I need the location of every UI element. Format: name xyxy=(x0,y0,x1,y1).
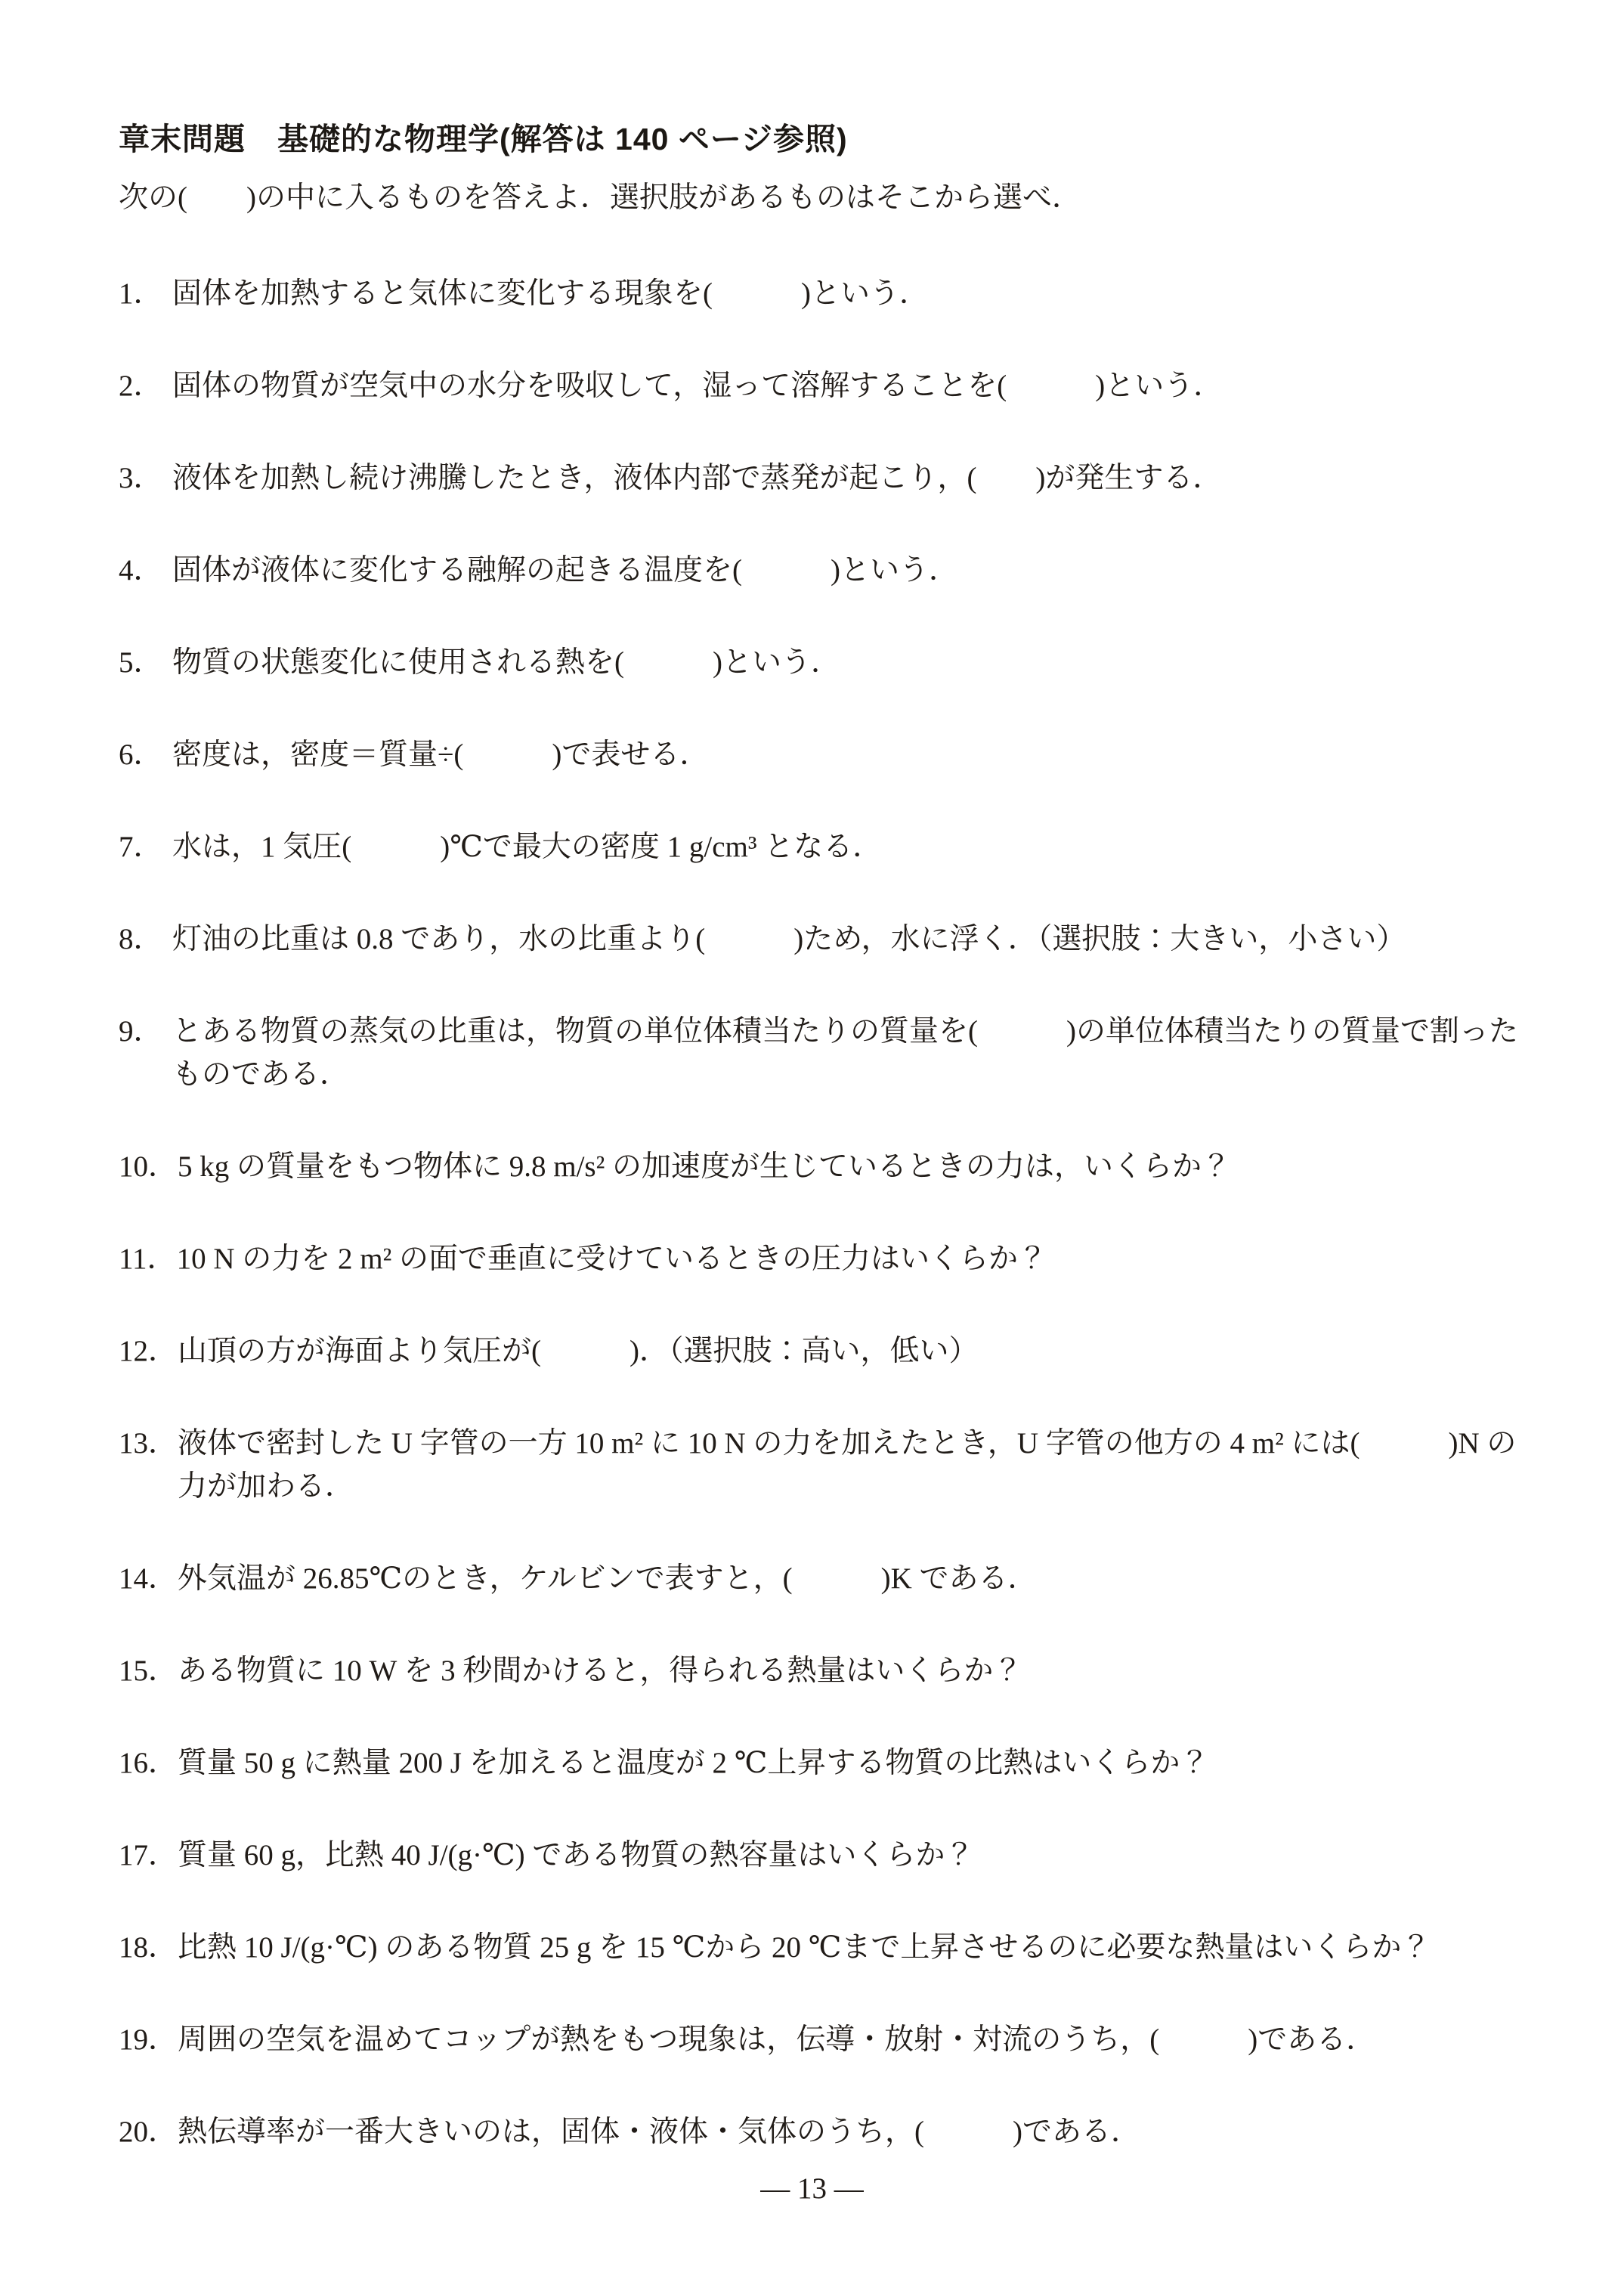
problem-number: 12． xyxy=(119,1330,178,1373)
problem-number: 20． xyxy=(119,2110,178,2153)
problem-item: 15． ある物質に 10 W を 3 秒間かけると，得られる熱量はいくらか？ xyxy=(119,1649,1544,1692)
problem-text: 水は，1 気圧( )℃で最大の密度 1 g/cm³ となる． xyxy=(172,825,1533,868)
problem-number: 11． xyxy=(119,1237,177,1280)
document-page: 章末問題 基礎的な物理学(解答は 140 ページ参照) 次の( )の中に入るもの… xyxy=(0,0,1624,2294)
page-number: ― 13 ― xyxy=(0,2171,1624,2207)
problem-item: 11． 10 N の力を 2 m² の面で垂直に受けているときの圧力はいくらか？ xyxy=(119,1237,1544,1280)
problem-number: 13． xyxy=(119,1422,178,1465)
problem-number: 16． xyxy=(119,1741,178,1785)
problem-number: 7． xyxy=(119,825,172,868)
problem-item: 10． 5 kg の質量をもつ物体に 9.8 m/s² の加速度が生じているとき… xyxy=(119,1145,1544,1188)
problem-number: 14． xyxy=(119,1557,178,1600)
problem-number: 2． xyxy=(119,364,172,407)
problem-number: 18． xyxy=(119,1926,178,1969)
problem-number: 3． xyxy=(119,457,172,500)
problem-text: 質量 60 g，比熱 40 J/(g·℃) である物質の熱容量はいくらか？ xyxy=(178,1834,1538,1877)
problem-text: とある物質の蒸気の比重は，物質の単位体積当たりの質量を( )の単位体積当たりの質… xyxy=(172,1010,1533,1096)
problem-text: 密度は，密度＝質量÷( )で表せる． xyxy=(172,733,1533,776)
problem-number: 4． xyxy=(119,549,172,592)
problem-item: 9． とある物質の蒸気の比重は，物質の単位体積当たりの質量を( )の単位体積当た… xyxy=(119,1010,1544,1096)
problem-item: 19． 周囲の空気を温めてコップが熱をもつ現象は，伝導・放射・対流のうち，( )… xyxy=(119,2018,1544,2061)
instruction-text: 次の( )の中に入るものを答えよ．選択肢があるものはそこから選べ． xyxy=(119,178,1544,218)
problem-number: 8． xyxy=(119,918,172,961)
problem-text: 灯油の比重は 0.8 であり，水の比重より( )ため，水に浮く．（選択肢：大きい… xyxy=(172,918,1533,961)
problem-item: 3． 液体を加熱し続け沸騰したとき，液体内部で蒸発が起こり，( )が発生する． xyxy=(119,457,1544,500)
problem-item: 6． 密度は，密度＝質量÷( )で表せる． xyxy=(119,733,1544,776)
problem-text: 固体の物質が空気中の水分を吸収して，湿って溶解することを( )という． xyxy=(172,364,1533,407)
problem-item: 20． 熱伝導率が一番大きいのは，固体・液体・気体のうち，( )である． xyxy=(119,2110,1544,2153)
problem-item: 16． 質量 50 g に熱量 200 J を加えると温度が 2 ℃上昇する物質… xyxy=(119,1741,1544,1785)
problem-item: 4． 固体が液体に変化する融解の起きる温度を( )という． xyxy=(119,549,1544,592)
problem-item: 7． 水は，1 気圧( )℃で最大の密度 1 g/cm³ となる． xyxy=(119,825,1544,868)
problem-text: 固体を加熱すると気体に変化する現象を( )という． xyxy=(172,272,1533,315)
problem-number: 10． xyxy=(119,1145,178,1188)
problem-text: 物質の状態変化に使用される熱を( )という． xyxy=(172,641,1533,684)
problem-item: 13． 液体で密封した U 字管の一方 10 m² に 10 N の力を加えたと… xyxy=(119,1422,1544,1508)
problem-text: 比熱 10 J/(g·℃) のある物質 25 g を 15 ℃から 20 ℃まで… xyxy=(178,1926,1538,1969)
problem-item: 5． 物質の状態変化に使用される熱を( )という． xyxy=(119,641,1544,684)
problem-number: 15． xyxy=(119,1649,178,1692)
problem-number: 5． xyxy=(119,641,172,684)
problem-number: 6． xyxy=(119,733,172,776)
problem-text: 固体が液体に変化する融解の起きる温度を( )という． xyxy=(172,549,1533,592)
problem-number: 19． xyxy=(119,2018,178,2061)
problem-item: 12． 山頂の方が海面より気圧が( )．（選択肢：高い，低い） xyxy=(119,1330,1544,1373)
problem-text: 質量 50 g に熱量 200 J を加えると温度が 2 ℃上昇する物質の比熱は… xyxy=(178,1741,1538,1785)
problem-text: 山頂の方が海面より気圧が( )．（選択肢：高い，低い） xyxy=(178,1330,1538,1373)
problem-number: 1． xyxy=(119,272,172,315)
problem-item: 1． 固体を加熱すると気体に変化する現象を( )という． xyxy=(119,272,1544,315)
problem-number: 17． xyxy=(119,1834,178,1877)
problem-text: 外気温が 26.85℃のとき，ケルビンで表すと，( )K である． xyxy=(178,1557,1538,1600)
problem-text: 熱伝導率が一番大きいのは，固体・液体・気体のうち，( )である． xyxy=(178,2110,1538,2153)
page-title: 章末問題 基礎的な物理学(解答は 140 ページ参照) xyxy=(119,121,1544,157)
problem-text: ある物質に 10 W を 3 秒間かけると，得られる熱量はいくらか？ xyxy=(178,1649,1538,1692)
problem-text: 5 kg の質量をもつ物体に 9.8 m/s² の加速度が生じているときの力は，… xyxy=(178,1145,1538,1188)
problem-text: 液体で密封した U 字管の一方 10 m² に 10 N の力を加えたとき，U … xyxy=(178,1422,1538,1508)
problem-list: 1． 固体を加熱すると気体に変化する現象を( )という． 2． 固体の物質が空気… xyxy=(119,272,1544,2153)
problem-item: 14． 外気温が 26.85℃のとき，ケルビンで表すと，( )K である． xyxy=(119,1557,1544,1600)
problem-item: 2． 固体の物質が空気中の水分を吸収して，湿って溶解することを( )という． xyxy=(119,364,1544,407)
problem-text: 10 N の力を 2 m² の面で垂直に受けているときの圧力はいくらか？ xyxy=(177,1237,1537,1280)
problem-item: 18． 比熱 10 J/(g·℃) のある物質 25 g を 15 ℃から 20… xyxy=(119,1926,1544,1969)
problem-number: 9． xyxy=(119,1010,172,1053)
problem-text: 周囲の空気を温めてコップが熱をもつ現象は，伝導・放射・対流のうち，( )である． xyxy=(178,2018,1538,2061)
page-content: 章末問題 基礎的な物理学(解答は 140 ページ参照) 次の( )の中に入るもの… xyxy=(119,121,1544,2203)
problem-text: 液体を加熱し続け沸騰したとき，液体内部で蒸発が起こり，( )が発生する． xyxy=(172,457,1533,500)
problem-item: 17． 質量 60 g，比熱 40 J/(g·℃) である物質の熱容量はいくらか… xyxy=(119,1834,1544,1877)
problem-item: 8． 灯油の比重は 0.8 であり，水の比重より( )ため，水に浮く．（選択肢：… xyxy=(119,918,1544,961)
